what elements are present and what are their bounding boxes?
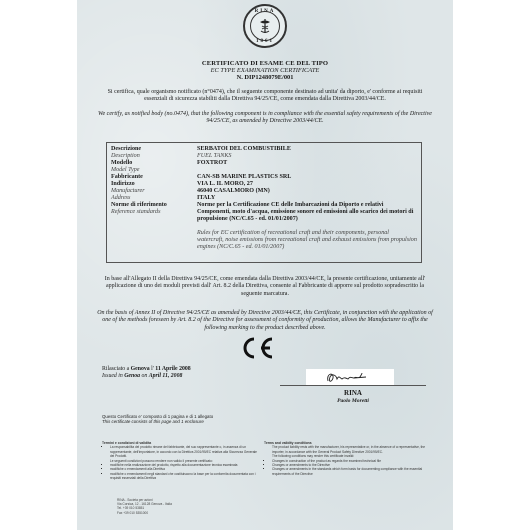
issued-english: Issued in Genoa on April 11, 2008 <box>102 373 182 380</box>
terms-italian-list: La responsabilita del prodotto rimane de… <box>102 445 260 458</box>
terms-italian-paragraph: La responsabilita del prodotto rimane de… <box>110 445 260 458</box>
title-english: EC TYPE EXAMINATION CERTIFICATE <box>77 67 453 74</box>
intro-italian: Si certifica, quale organismo notificato… <box>97 89 433 104</box>
signature-line <box>280 385 426 386</box>
terms-english-paragraph: The product liability rests with the man… <box>264 445 429 454</box>
composition-english: This certificate consists of this page a… <box>102 419 204 424</box>
terms-italian-items: modifiche nella realizzazione del prodot… <box>102 463 260 481</box>
intro-english: We certify, as notified body (no.0474), … <box>97 111 433 126</box>
product-details-table: Descrizione SERBATOI DEL COMBUSTIBILE De… <box>106 142 422 263</box>
signer-name: Paolo Moretti <box>280 398 426 404</box>
basis-english: On the basis of Annex II of Directive 94… <box>97 310 433 332</box>
standards-value-en: Rules for EC certification of recreation… <box>197 230 417 252</box>
terms-english-item: Changes or amendments in the standards w… <box>272 467 429 476</box>
signature-icon <box>306 369 394 386</box>
rina-logo: RINA 1861 <box>243 4 287 48</box>
basis-italian: In base all'Allegato II della Direttiva … <box>97 276 433 298</box>
standards-value: Norme per la Certificazione CE delle Imb… <box>197 202 417 224</box>
logo-bottom-text: 1861 <box>245 39 285 44</box>
issued-italian: Rilasciato a Genova l' 11 Aprile 2008 <box>102 366 191 373</box>
signing-organization: RINA <box>280 389 426 397</box>
certificate-number: N. DIP1248079E/001 <box>77 74 453 81</box>
terms-english: Terms and validity conditions The produc… <box>264 441 429 476</box>
signature-box <box>306 369 394 386</box>
title-italian: CERTIFICATO DI ESAME CE DEL TIPO <box>77 60 453 67</box>
certificate-page: RINA 1861 CERTIFICATO DI ESAME CE DEL TI… <box>77 0 453 530</box>
footer-fax: Fax +39 010 5351000 <box>117 511 172 515</box>
footer-address: RINA - Societa per azioni Via Corsica, 1… <box>117 498 172 515</box>
ce-mark-icon <box>237 335 277 361</box>
terms-english-items: Changes in construction of the product a… <box>264 459 429 477</box>
terms-italian-item: modifiche o emendamenti negli standard c… <box>110 472 260 481</box>
terms-italian: Termini e condizioni di validita La resp… <box>102 441 260 481</box>
caduceus-anchor-icon <box>259 18 271 34</box>
